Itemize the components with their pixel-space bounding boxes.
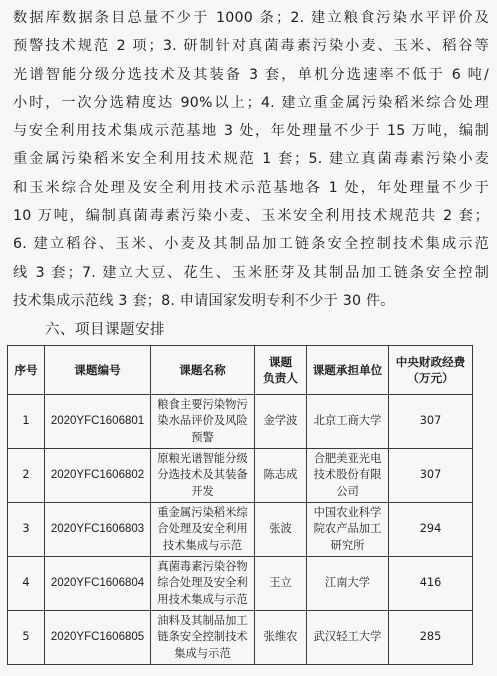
cell-no: 2 [8,449,45,503]
paragraph-line: 技术集成示范线 3 套；8. 申请国家发明专利不少于 30 件。 [13,287,489,315]
paragraph-line: 6. 建立稻谷、玉米、小麦及其制品加工链条安全控制技术集成示范 [13,230,489,258]
table-row: 2 2020YFC1606802 原粮光谱智能分级分选技术及其装备开发 陈志成 … [8,449,473,503]
paragraph-line: 与安全利用技术集成示范基地 3 处，年处理量不少于 15 万吨，编制 [13,117,489,145]
cell-leader: 张维农 [255,611,307,665]
cell-funding: 416 [389,557,473,611]
cell-funding: 307 [389,395,473,449]
cell-code: 2020YFC1606805 [45,611,151,665]
cell-no: 4 [8,557,45,611]
cell-no: 3 [8,503,45,557]
header-code: 课题编号 [45,346,151,395]
cell-leader: 王立 [255,557,307,611]
cell-name: 重金属污染稻米综合处理及安全利用技术集成与示范 [151,503,255,557]
cell-name: 原粮光谱智能分级分选技术及其装备开发 [151,449,255,503]
cell-no: 1 [8,395,45,449]
table-row: 1 2020YFC1606801 粮食主要污染物污染水品评价及风险预警 金学波 … [8,395,473,449]
body-paragraph: 数据库数据条目总量不少于 1000 条；2. 建立粮食污染水平评价及 预警技术规… [13,4,489,315]
cell-funding: 307 [389,449,473,503]
paragraph-line: 线 3 套；7. 建立大豆、花生、玉米胚芽及其制品加工链条安全控制 [13,259,489,287]
cell-funding: 294 [389,503,473,557]
cell-leader: 陈志成 [255,449,307,503]
table-row: 4 2020YFC1606804 真菌毒素污染谷物综合处理及安全利用技术集成与示… [8,557,473,611]
table-row: 5 2020YFC1606805 油料及其制品加工链条安全控制技术集成与示范 张… [8,611,473,665]
cell-code: 2020YFC1606803 [45,503,151,557]
paragraph-line: 和玉米综合处理及安全利用技术示范基地各 1 处，年处理量不少于 [13,174,489,202]
cell-code: 2020YFC1606801 [45,395,151,449]
header-name: 课题名称 [151,346,255,395]
paragraph-line: 10 万吨，编制真菌毒素污染小麦、玉米安全利用技术规范共 2 套； [13,202,489,230]
cell-name: 真菌毒素污染谷物综合处理及安全利用技术集成与示范 [151,557,255,611]
cell-leader: 金学波 [255,395,307,449]
table-row: 3 2020YFC1606803 重金属污染稻米综合处理及安全利用技术集成与示范… [8,503,473,557]
paragraph-line: 小时，一次分选精度达 90%以上；4. 建立重金属污染稻米综合处理 [13,89,489,117]
project-arrangement-table: 序号 课题编号 课题名称 课题 负责人 课题承担单位 中央财政经费 （万元） 1… [7,345,473,665]
cell-unit: 武汉轻工大学 [307,611,389,665]
cell-unit: 中国农业科学院农产品加工研究所 [307,503,389,557]
header-funding: 中央财政经费 （万元） [389,346,473,395]
cell-leader: 张波 [255,503,307,557]
cell-name: 油料及其制品加工链条安全控制技术集成与示范 [151,611,255,665]
cell-funding: 285 [389,611,473,665]
section-heading: 六、项目课题安排 [45,318,165,339]
cell-code: 2020YFC1606804 [45,557,151,611]
cell-name: 粮食主要污染物污染水品评价及风险预警 [151,395,255,449]
paragraph-line: 重金属污染稻米安全利用技术规范 1 套；5. 建立真菌毒素污染小麦 [13,145,489,173]
cell-code: 2020YFC1606802 [45,449,151,503]
paragraph-line: 预警技术规范 2 项；3. 研制针对真菌毒素污染小麦、玉米、稻谷等 [13,32,489,60]
cell-unit: 合肥美亚光电技术股份有限公司 [307,449,389,503]
cell-unit: 江南大学 [307,557,389,611]
header-leader: 课题 负责人 [255,346,307,395]
header-unit: 课题承担单位 [307,346,389,395]
paragraph-line: 光谱智能分级分选技术及其装备 3 套，单机分选速率不低于 6 吨/ [13,61,489,89]
header-no: 序号 [8,346,45,395]
paragraph-line: 数据库数据条目总量不少于 1000 条；2. 建立粮食污染水平评价及 [13,4,489,32]
table-header-row: 序号 课题编号 课题名称 课题 负责人 课题承担单位 中央财政经费 （万元） [8,346,473,395]
cell-no: 5 [8,611,45,665]
cell-unit: 北京工商大学 [307,395,389,449]
